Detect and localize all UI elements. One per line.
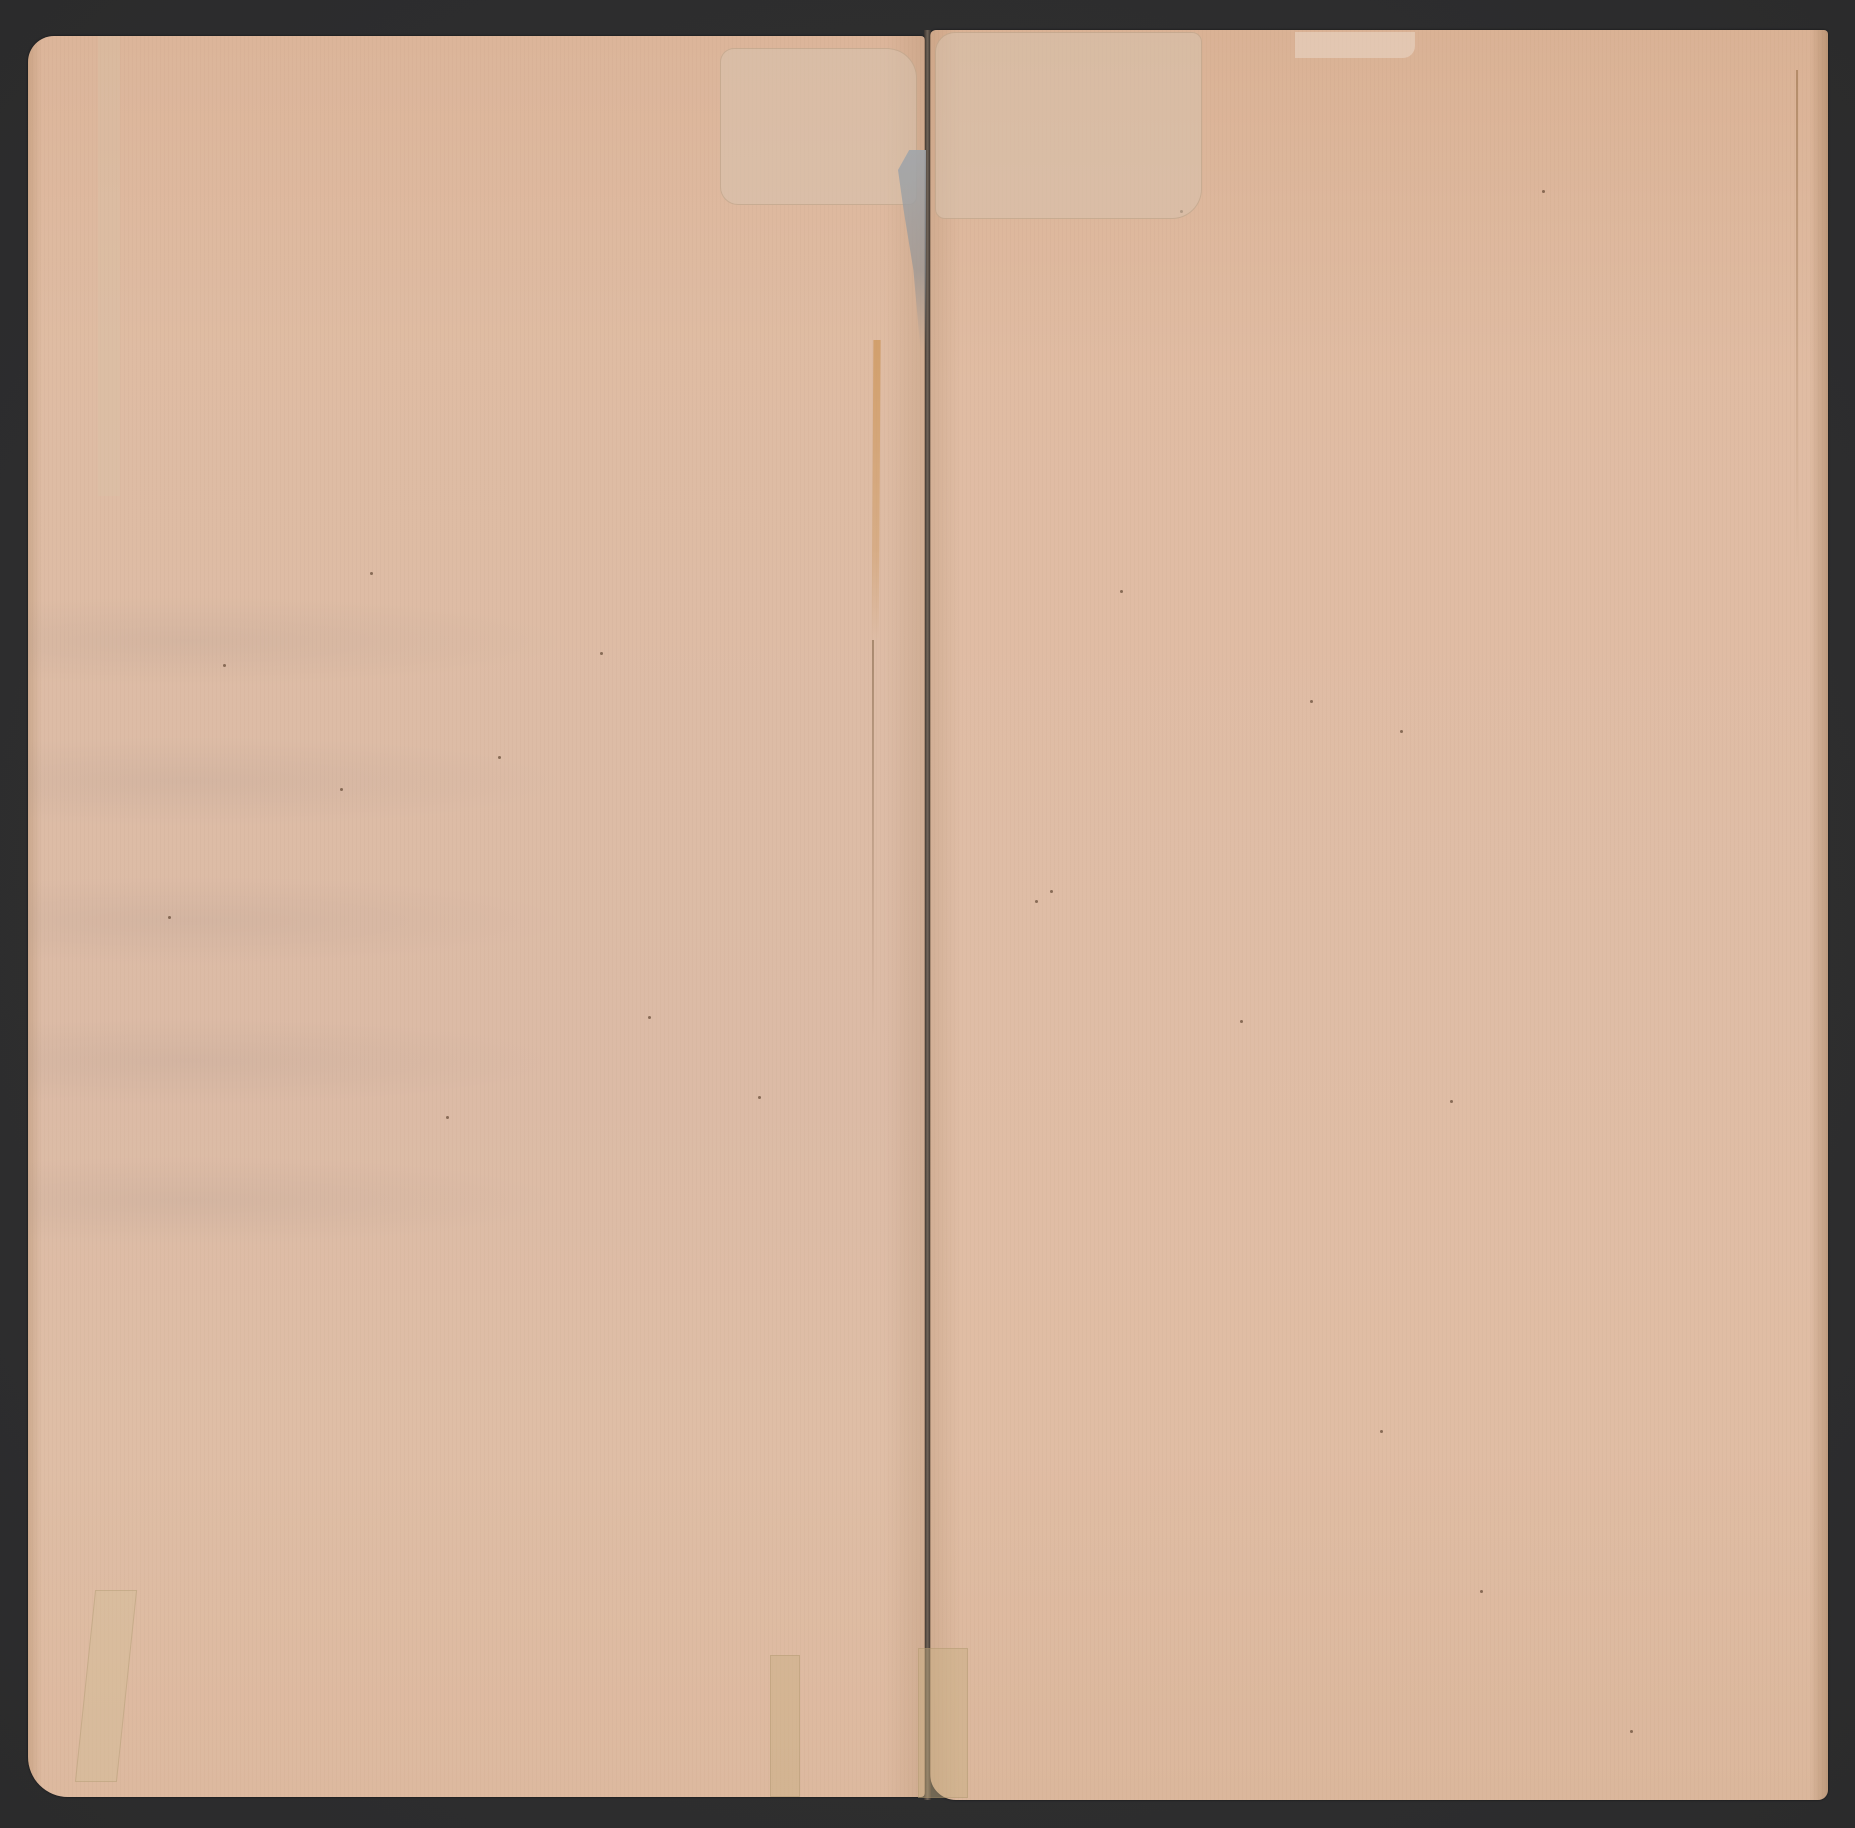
paper-speck [1240,1020,1243,1023]
torn-top-edge [1295,32,1415,58]
page-ripple [28,876,566,966]
paper-speck [1400,730,1403,733]
gutter-crack [872,640,874,1040]
page-ripple [28,1016,566,1106]
paper-speck [446,1116,449,1119]
tape-strip [770,1655,800,1797]
paper-speck [223,664,226,667]
paper-speck [1542,190,1545,193]
torn-paper-patch [935,32,1202,219]
paper-speck [370,572,373,575]
paper-speck [648,1016,651,1019]
paper-speck [1630,1730,1633,1733]
paper-speck [340,788,343,791]
paper-speck [1480,1590,1483,1593]
tape-strip [918,1648,968,1798]
page-ripple [28,736,566,826]
right-page [930,30,1828,1800]
edge-crease [1796,70,1798,570]
tape-strip [98,36,120,496]
paper-speck [758,1096,761,1099]
paper-speck [1450,1100,1453,1103]
paper-speck [1310,700,1313,703]
paper-speck [600,652,603,655]
paper-speck [168,916,171,919]
paper-speck [1035,900,1038,903]
paper-speck [1380,1430,1383,1433]
page-ripple [28,596,566,686]
paper-grain [930,30,1828,1800]
paper-speck [1050,890,1053,893]
left-page [28,36,925,1797]
paper-speck [1120,590,1123,593]
paper-speck [498,756,501,759]
torn-paper-patch [720,48,917,205]
page-ripple [28,1156,566,1246]
